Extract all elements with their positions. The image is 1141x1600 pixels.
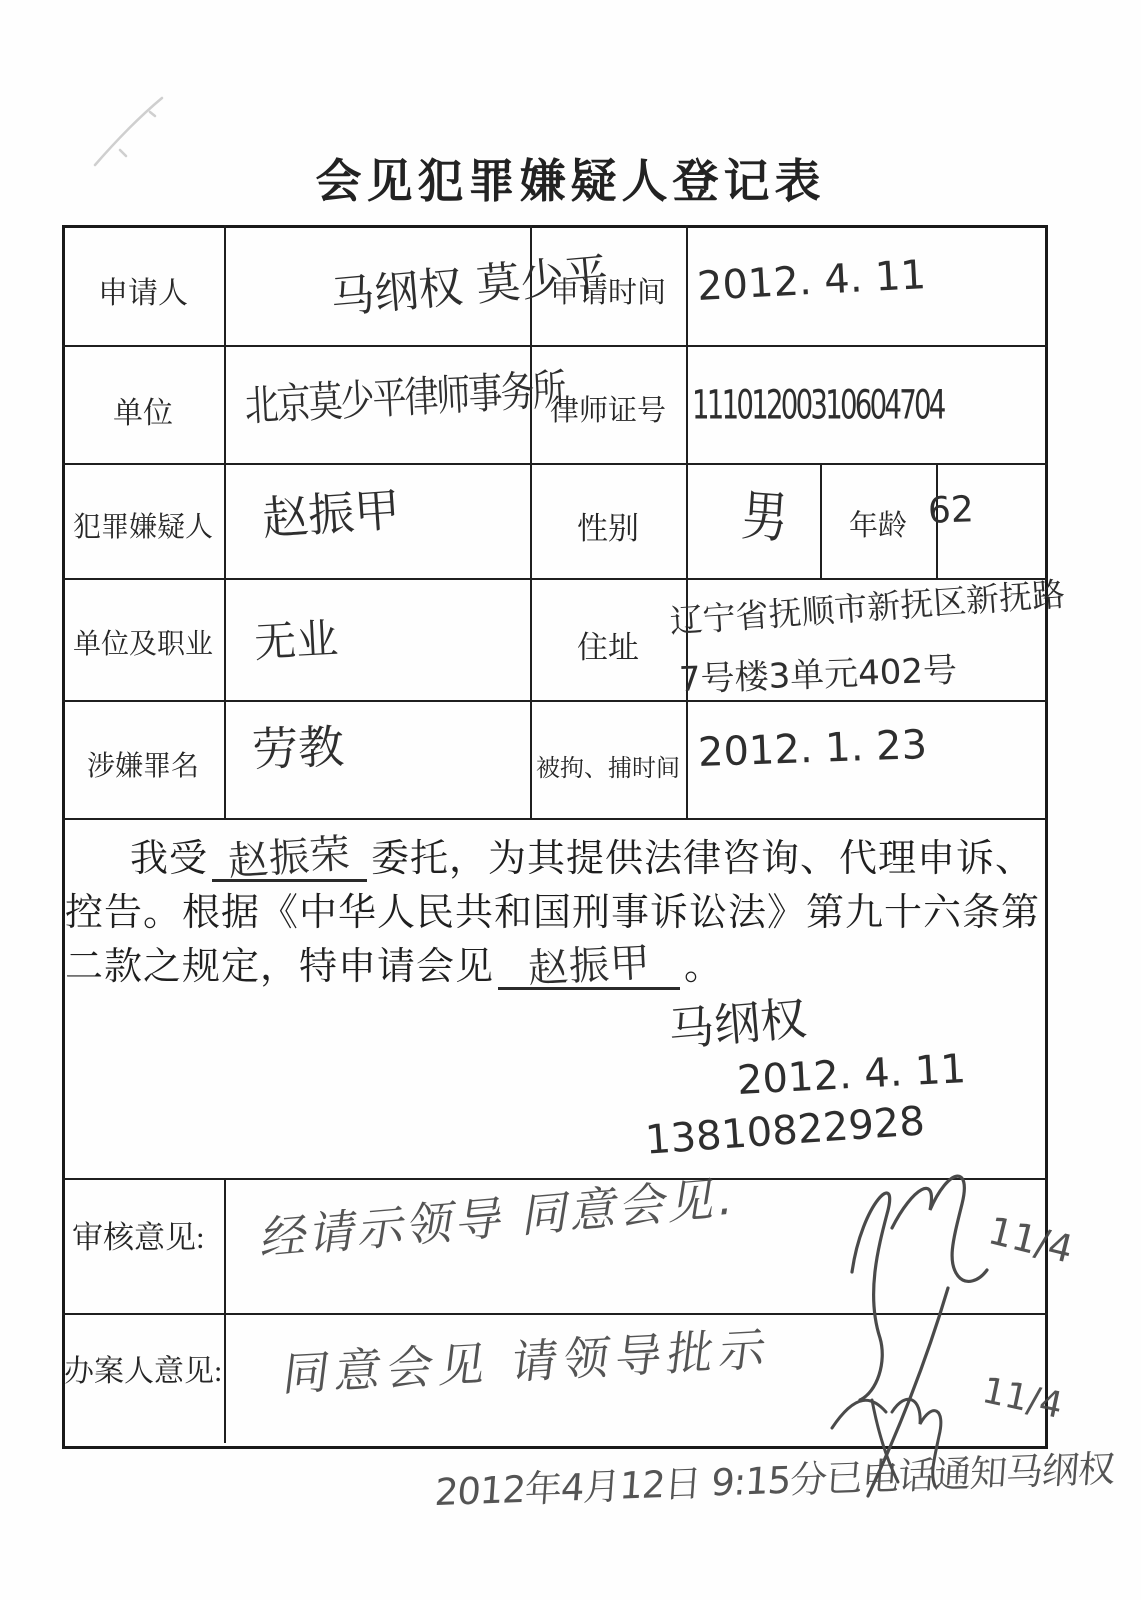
handwritten-gender: 男 bbox=[739, 472, 790, 554]
handwritten-age: 62 bbox=[927, 489, 974, 532]
field-label-address: 住址 bbox=[530, 622, 686, 667]
scanned-form-page: 会见犯罪嫌疑人登记表 申请人 马纲权 莫少平 申请时间 2012. 4. 11 … bbox=[0, 0, 1141, 1600]
field-label-charge: 涉嫌罪名 bbox=[62, 744, 224, 784]
suspect-name-underline: 赵振甲 bbox=[498, 946, 680, 990]
grid-line bbox=[62, 345, 1048, 347]
field-label-suspect: 犯罪嫌疑人 bbox=[62, 505, 224, 545]
field-label-review-opinion: 审核意见: bbox=[72, 1212, 205, 1257]
field-label-apply-time: 申请时间 bbox=[530, 270, 686, 311]
handwritten-address-line2: 7号楼3单元402号 bbox=[678, 642, 958, 701]
statement-line1: 我受赵振荣委托，为其提供法律咨询、代理申诉、 bbox=[130, 832, 1034, 886]
field-label-occupation: 单位及职业 bbox=[62, 622, 224, 662]
field-label-license: 律师证号 bbox=[530, 388, 686, 429]
field-label-handler-opinion: 办案人意见: bbox=[64, 1346, 222, 1390]
statement-text: 。 bbox=[684, 946, 723, 988]
page-title: 会见犯罪嫌疑人登记表 bbox=[0, 145, 1141, 211]
field-label-applicant: 申请人 bbox=[62, 268, 224, 312]
grid-line bbox=[224, 225, 226, 818]
grid-line bbox=[224, 1178, 226, 1443]
handwritten-signature: 马纲权 bbox=[665, 982, 808, 1060]
field-label-unit: 单位 bbox=[62, 388, 224, 432]
field-label-detention-time: 被拘、捕时间 bbox=[530, 748, 686, 783]
handwritten-suspect-name: 赵振甲 bbox=[260, 473, 402, 548]
handwritten-occupation: 无业 bbox=[252, 606, 339, 670]
field-label-age: 年龄 bbox=[820, 503, 936, 544]
statement-text: 二款之规定，特申请会见 bbox=[65, 946, 494, 988]
handwritten-footer-note: 2012年4月12日 9:15分已电话通知马纲权 bbox=[433, 1438, 1116, 1516]
field-label-gender: 性别 bbox=[530, 503, 686, 548]
statement-text: 我受 bbox=[130, 838, 208, 880]
grid-line bbox=[62, 463, 1048, 465]
handwritten-detention-time: 2012. 1. 23 bbox=[697, 722, 927, 776]
handwritten-license-number: 11101200310604704 bbox=[692, 382, 944, 429]
grid-line bbox=[62, 1313, 1048, 1315]
statement-line3: 二款之规定，特申请会见赵振甲。 bbox=[65, 940, 723, 994]
handwritten-client-name: 赵振荣 bbox=[227, 834, 352, 882]
handwritten-charge: 劳教 bbox=[251, 710, 345, 779]
grid-line bbox=[686, 225, 688, 818]
statement-line2: 控告。根据《中华人民共和国刑事诉讼法》第九十六条第 bbox=[65, 886, 1040, 940]
grid-line bbox=[62, 818, 1048, 820]
client-name-underline: 赵振荣 bbox=[212, 838, 367, 882]
grid-line bbox=[62, 700, 1048, 702]
handwritten-suspect-name-2: 赵振甲 bbox=[527, 943, 652, 989]
statement-text: 委托，为其提供法律咨询、代理申诉、 bbox=[371, 838, 1034, 880]
